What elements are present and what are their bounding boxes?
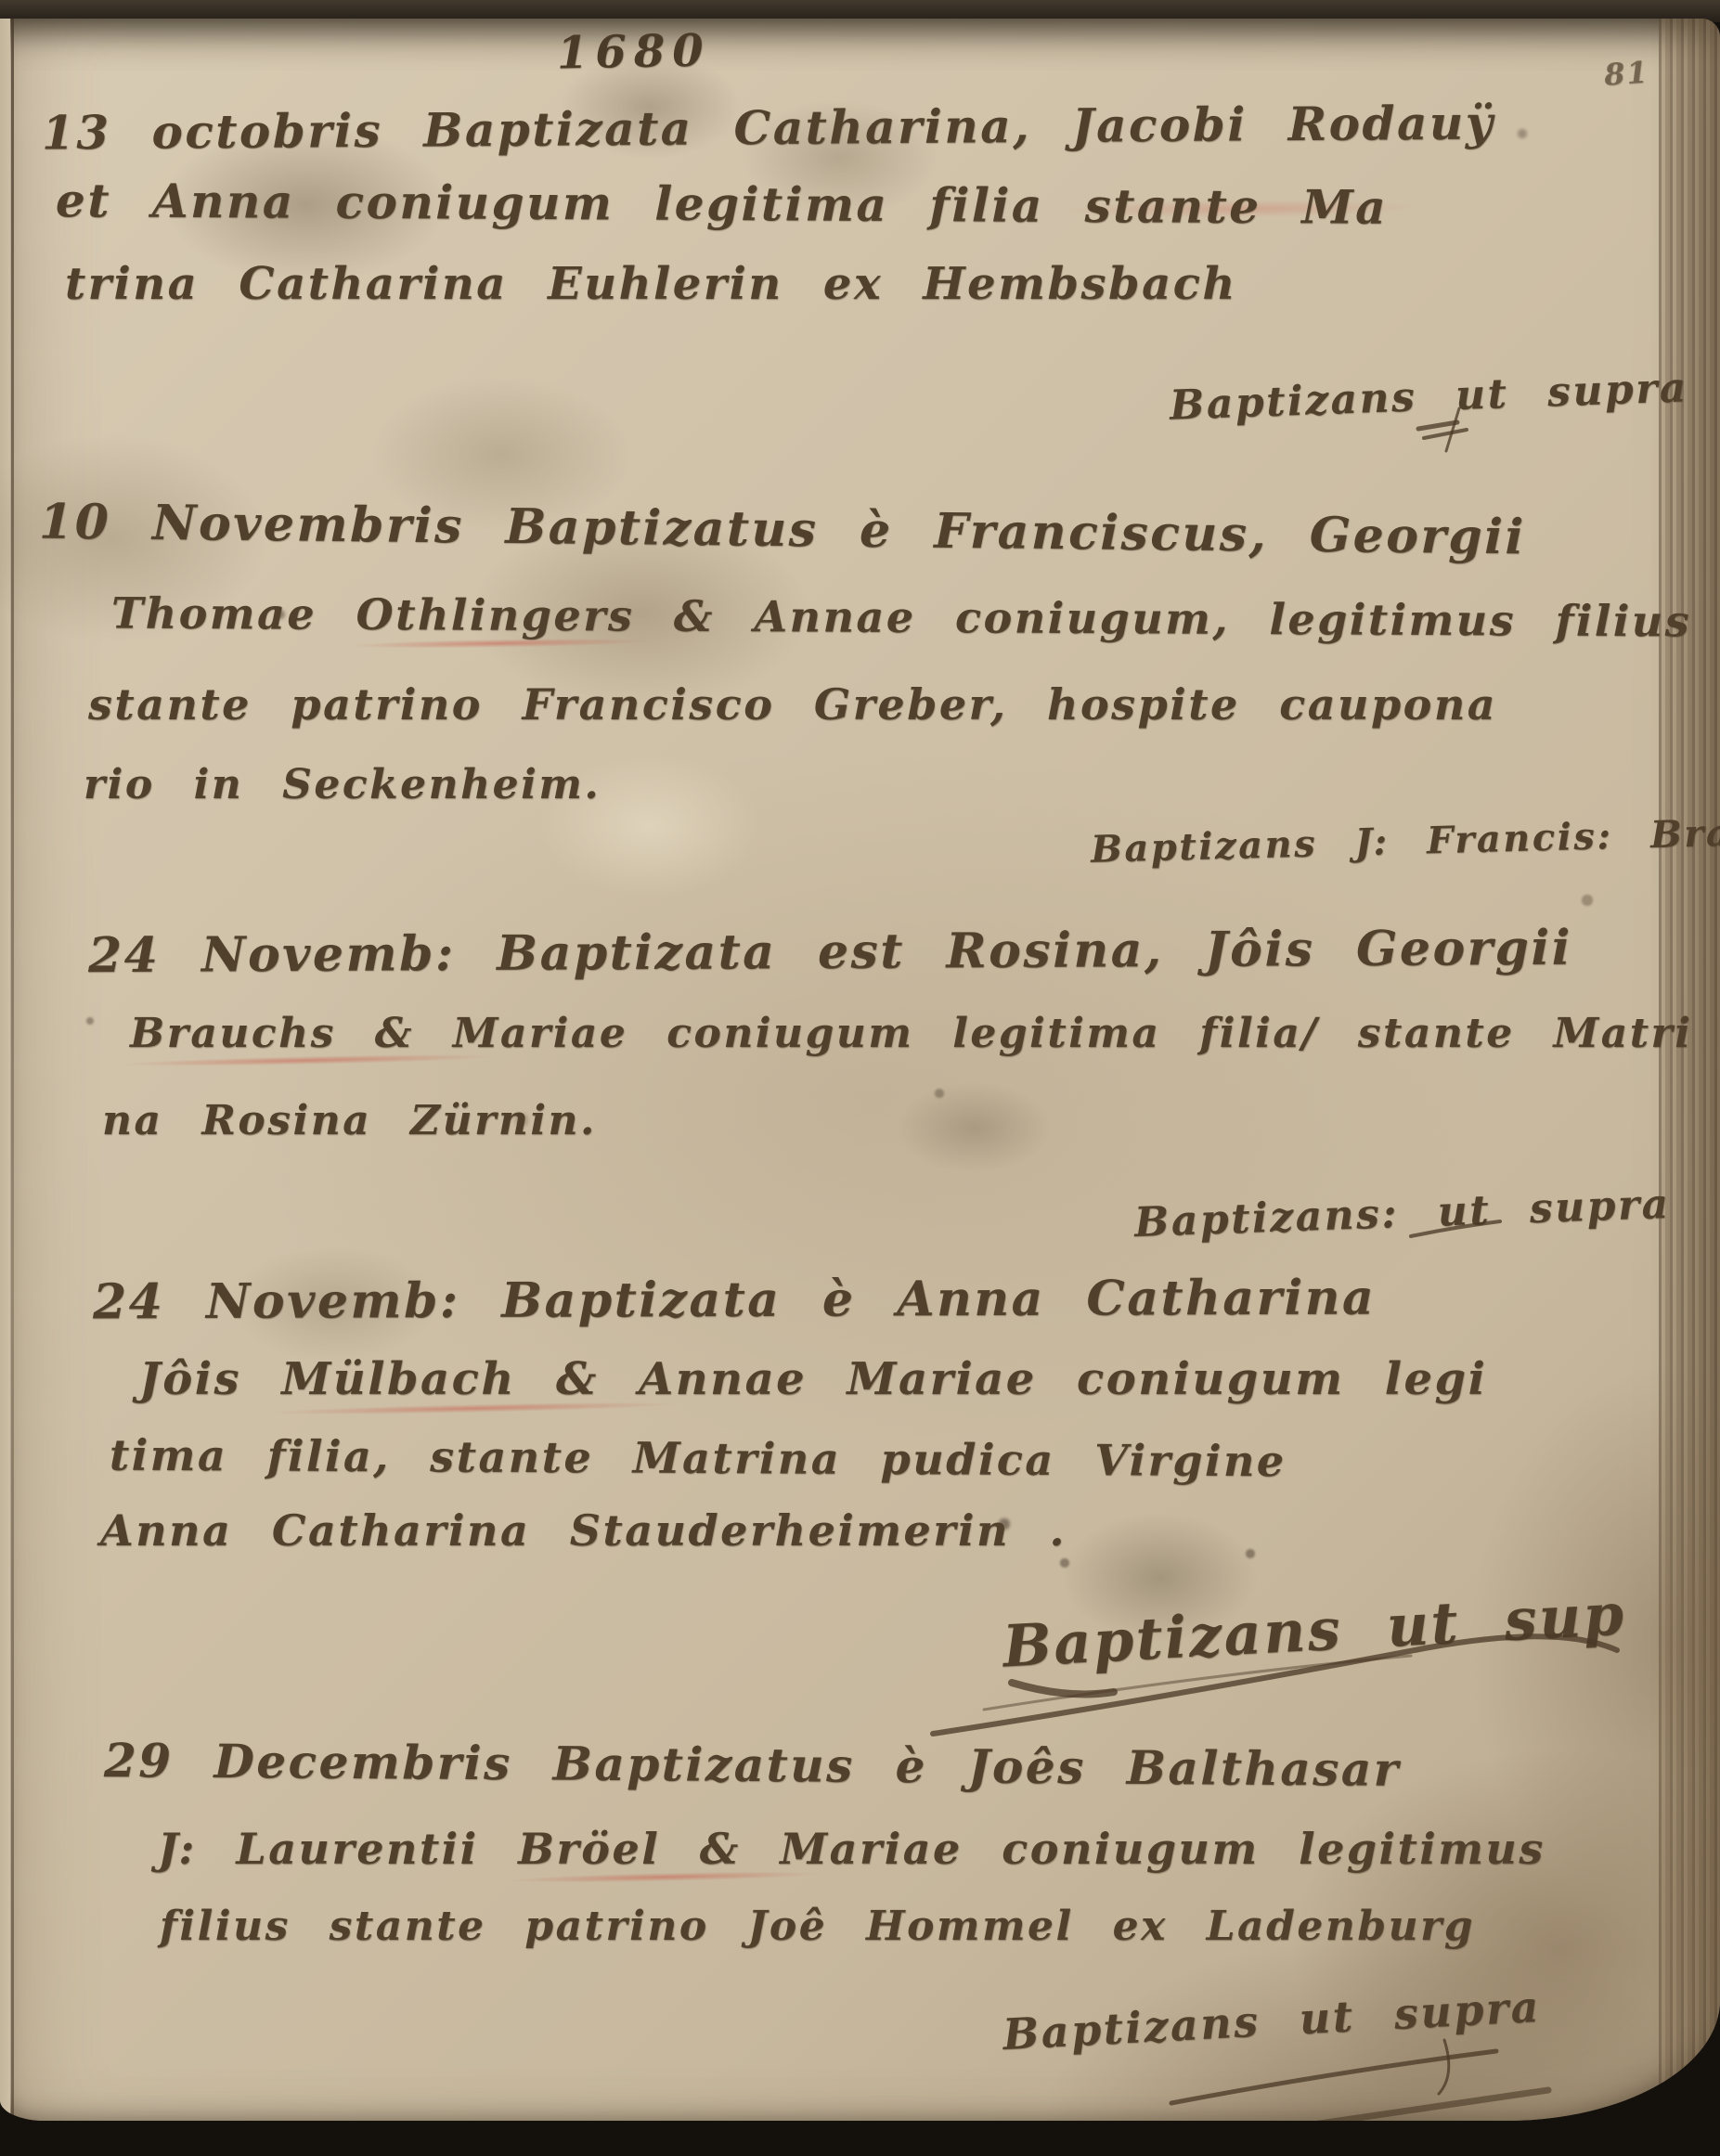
entry-line: stante patrino Francisco Greber, hospite… (88, 679, 1497, 729)
entry-line: 13 octobris Baptizata Catharina, Jacobi … (42, 96, 1495, 161)
entry-line-segment: & Annae coniugum, legitimus filius (634, 590, 1691, 646)
year-heading: 1680 (557, 25, 712, 80)
page-number: 81 (1603, 54, 1650, 92)
entry-line: Jôis Mülbach & Annae Mariae coniugum leg… (139, 1353, 1487, 1405)
underlined-surname: Bröel (518, 1824, 660, 1874)
pen-flourish (0, 19, 1720, 2121)
underlined-surname: Othlingers (356, 589, 634, 641)
entry-line: 10 Novembris Baptizatus è Franciscus, Ge… (39, 494, 1526, 566)
entry-line: 24 Novemb: Baptizata è Anna Catharina (93, 1270, 1376, 1331)
underlined-surname: Mülbach (281, 1353, 516, 1405)
book-block-right-edge (1659, 19, 1720, 2121)
entry-line-segment: & Mariae coniugum legitima filia/ stante… (336, 1010, 1693, 1057)
entry-line-segment: & Mariae coniugum legitimus (660, 1824, 1545, 1874)
binding-fold-line (11, 19, 14, 2121)
underlined-surname: Brauchs (130, 1010, 336, 1057)
register-page: 1680 81 13 octobris Baptizata Catharina,… (0, 19, 1720, 2121)
entry-line: trina Catharina Euhlerin ex Hembsbach (65, 258, 1237, 310)
baptizans-line: Baptizans J: Francis: Braun (1091, 809, 1720, 871)
entry-line: 29 Decembris Baptizatus è Joês Balthasar (104, 1733, 1401, 1797)
entry-line: filius stante patrino Joê Hommel ex Lade… (160, 1903, 1475, 1950)
entry-line-segment: J: Laurentii (158, 1824, 518, 1874)
baptizans-line: Baptizans: ut supra (1133, 1181, 1671, 1246)
entry-line: et Anna coniugum legitima filia stante M… (56, 173, 1388, 235)
entry-line: tima filia, stante Matrina pudica Virgin… (110, 1430, 1287, 1487)
entry-line: 24 Novemb: Baptizata est Rosina, Jôis Ge… (88, 920, 1572, 984)
entry-line: Brauchs & Mariae coniugum legitima filia… (130, 1010, 1692, 1057)
entry-line-segment: & Annae Mariae coniugum legi (516, 1353, 1488, 1405)
manuscript-scan: { "page": { "year_heading": "1680", "pag… (0, 0, 1720, 2156)
entry-line: na Rosina Zürnin. (102, 1097, 597, 1144)
entry-line: Anna Catharina Stauderheimerin . (100, 1505, 1067, 1556)
entry-line: rio in Seckenheim. (84, 761, 601, 808)
entry-line-segment: Jôis (139, 1353, 281, 1405)
stain-overlay (0, 19, 1720, 2121)
baptizans-line: Baptizans ut supra (1002, 1982, 1542, 2059)
page-left-edge (0, 19, 10, 2121)
baptizans-line: Baptizans ut sup (1002, 1580, 1628, 1680)
baptizans-line: Baptizans ut supra (1169, 364, 1688, 429)
entry-line: J: Laurentii Bröel & Mariae coniugum leg… (158, 1824, 1545, 1874)
entry-line-segment: Thomae (111, 588, 356, 639)
entry-line: Thomae Othlingers & Annae coniugum, legi… (111, 588, 1691, 647)
